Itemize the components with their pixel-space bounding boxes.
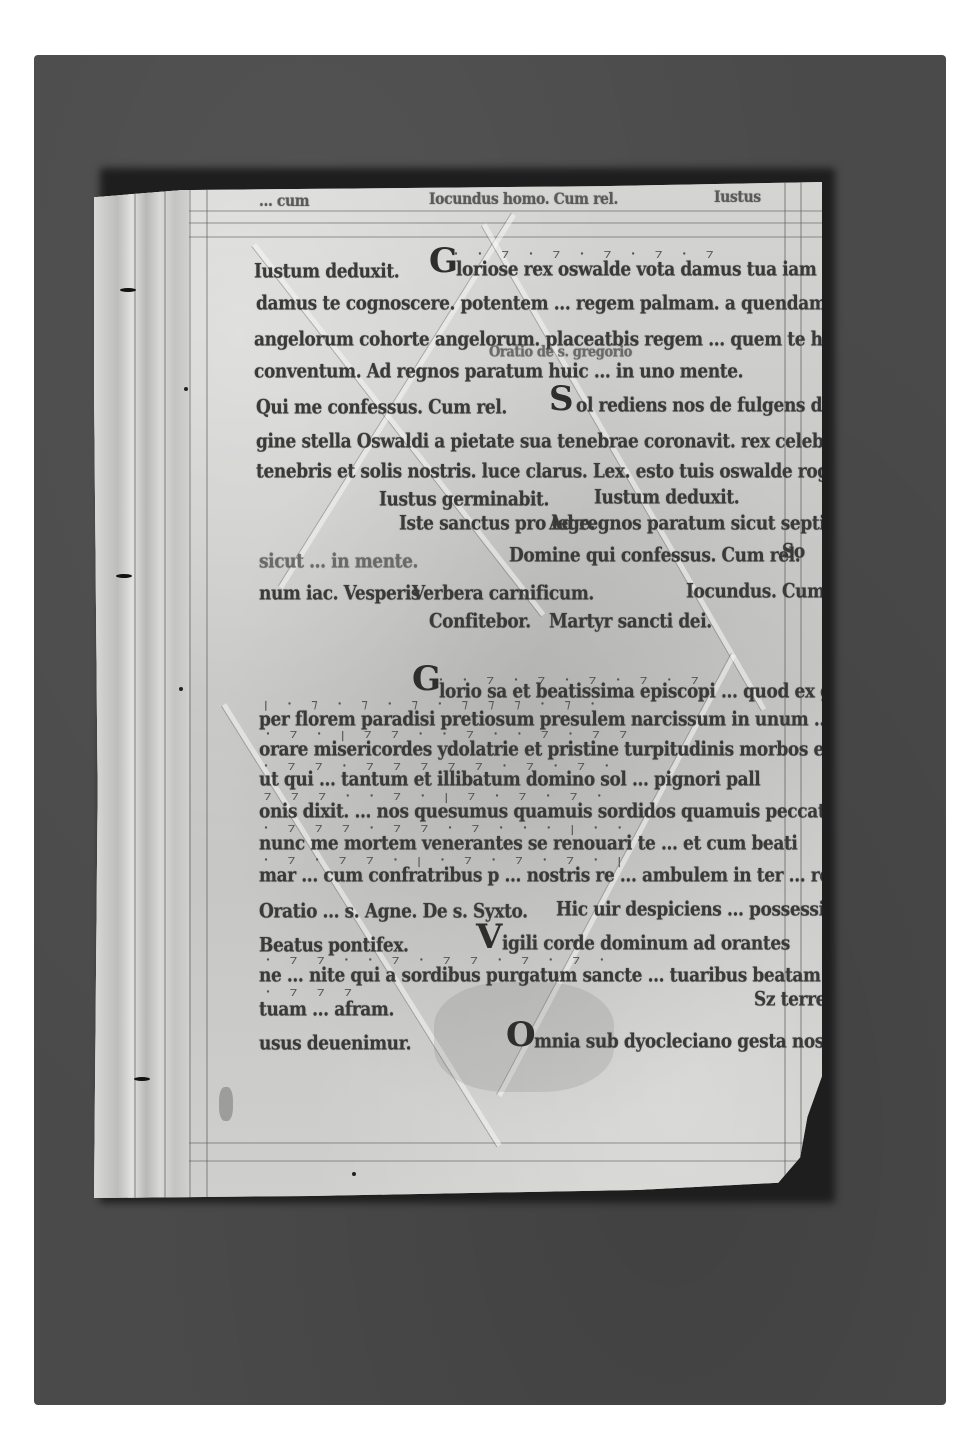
text-line: sicut ... in mente. bbox=[259, 550, 418, 573]
binding-hole bbox=[134, 1077, 150, 1081]
neume-row: ꞏ ꞏ ⁊ ꞏ ⁊ ꞏ ⁊ ꞏ ⁊ ꞏ ⁊ bbox=[454, 244, 720, 262]
binding-hole bbox=[120, 288, 136, 292]
text-line: So bbox=[782, 540, 805, 563]
header-text-left: ... cum bbox=[259, 192, 309, 210]
text-line: mnia sub dyocleciano gesta nostri bbox=[534, 1030, 846, 1053]
text-line: damus te cognoscere. potentem ... regem … bbox=[256, 292, 826, 315]
text-line: conventum. Ad regnos paratum huic ... in… bbox=[254, 360, 743, 383]
text-line: tenebris et solis nostris. luce clarus. … bbox=[256, 460, 868, 483]
ruling-line-vertical bbox=[189, 182, 191, 1198]
binding-hole bbox=[116, 574, 132, 578]
header-text-center: Iocundus homo. Cum rel. bbox=[429, 190, 618, 208]
text-line: Iustus germinabit. bbox=[379, 488, 549, 511]
manuscript-page: ... cum Iocundus homo. Cum rel. Iustus I… bbox=[94, 182, 822, 1198]
ink-stain bbox=[219, 1087, 233, 1121]
marginal-rubric: Oratio de s. gregorio bbox=[489, 344, 632, 361]
text-line: tuam ... afram. bbox=[259, 998, 394, 1021]
spine-strip bbox=[94, 182, 189, 1198]
text-line: mar ... cum confratribus p ... nostris r… bbox=[259, 864, 841, 887]
decorated-initial: G bbox=[412, 662, 441, 696]
text-line: Ad regnos paratum sicut septi bbox=[549, 512, 825, 535]
wormhole bbox=[184, 387, 188, 391]
text-line: Confitebor. bbox=[429, 610, 531, 633]
spine-fold-line bbox=[134, 182, 136, 1198]
decorated-initial: S bbox=[549, 382, 574, 416]
spine-fold-line bbox=[164, 182, 166, 1198]
decorated-initial: V bbox=[476, 920, 502, 954]
wormhole bbox=[179, 687, 183, 691]
ruling-line-vertical bbox=[206, 182, 208, 1198]
text-line: Domine qui confessus. Cum rel. bbox=[509, 544, 800, 567]
text-line: usus deuenimur. bbox=[259, 1032, 411, 1055]
ruling-line-horizontal bbox=[189, 236, 822, 238]
ruling-line-horizontal bbox=[189, 1160, 822, 1162]
text-line: num iac. Vesperis bbox=[259, 582, 420, 605]
decorated-initial: O bbox=[506, 1018, 536, 1052]
header-text-right: Iustus bbox=[714, 188, 761, 206]
text-line: Verbera carnificum. bbox=[412, 582, 594, 605]
text-line: Martyr sancti dei. bbox=[549, 610, 712, 633]
text-line: Iustum deduxit. bbox=[254, 260, 399, 283]
ruling-line-horizontal bbox=[189, 1142, 822, 1144]
wormhole bbox=[352, 1172, 356, 1176]
text-line: Qui me confessus. Cum rel. bbox=[256, 396, 507, 419]
text-line: Iustum deduxit. bbox=[594, 486, 739, 509]
text-line: gine stella Oswaldi a pietate sua tenebr… bbox=[256, 430, 902, 453]
